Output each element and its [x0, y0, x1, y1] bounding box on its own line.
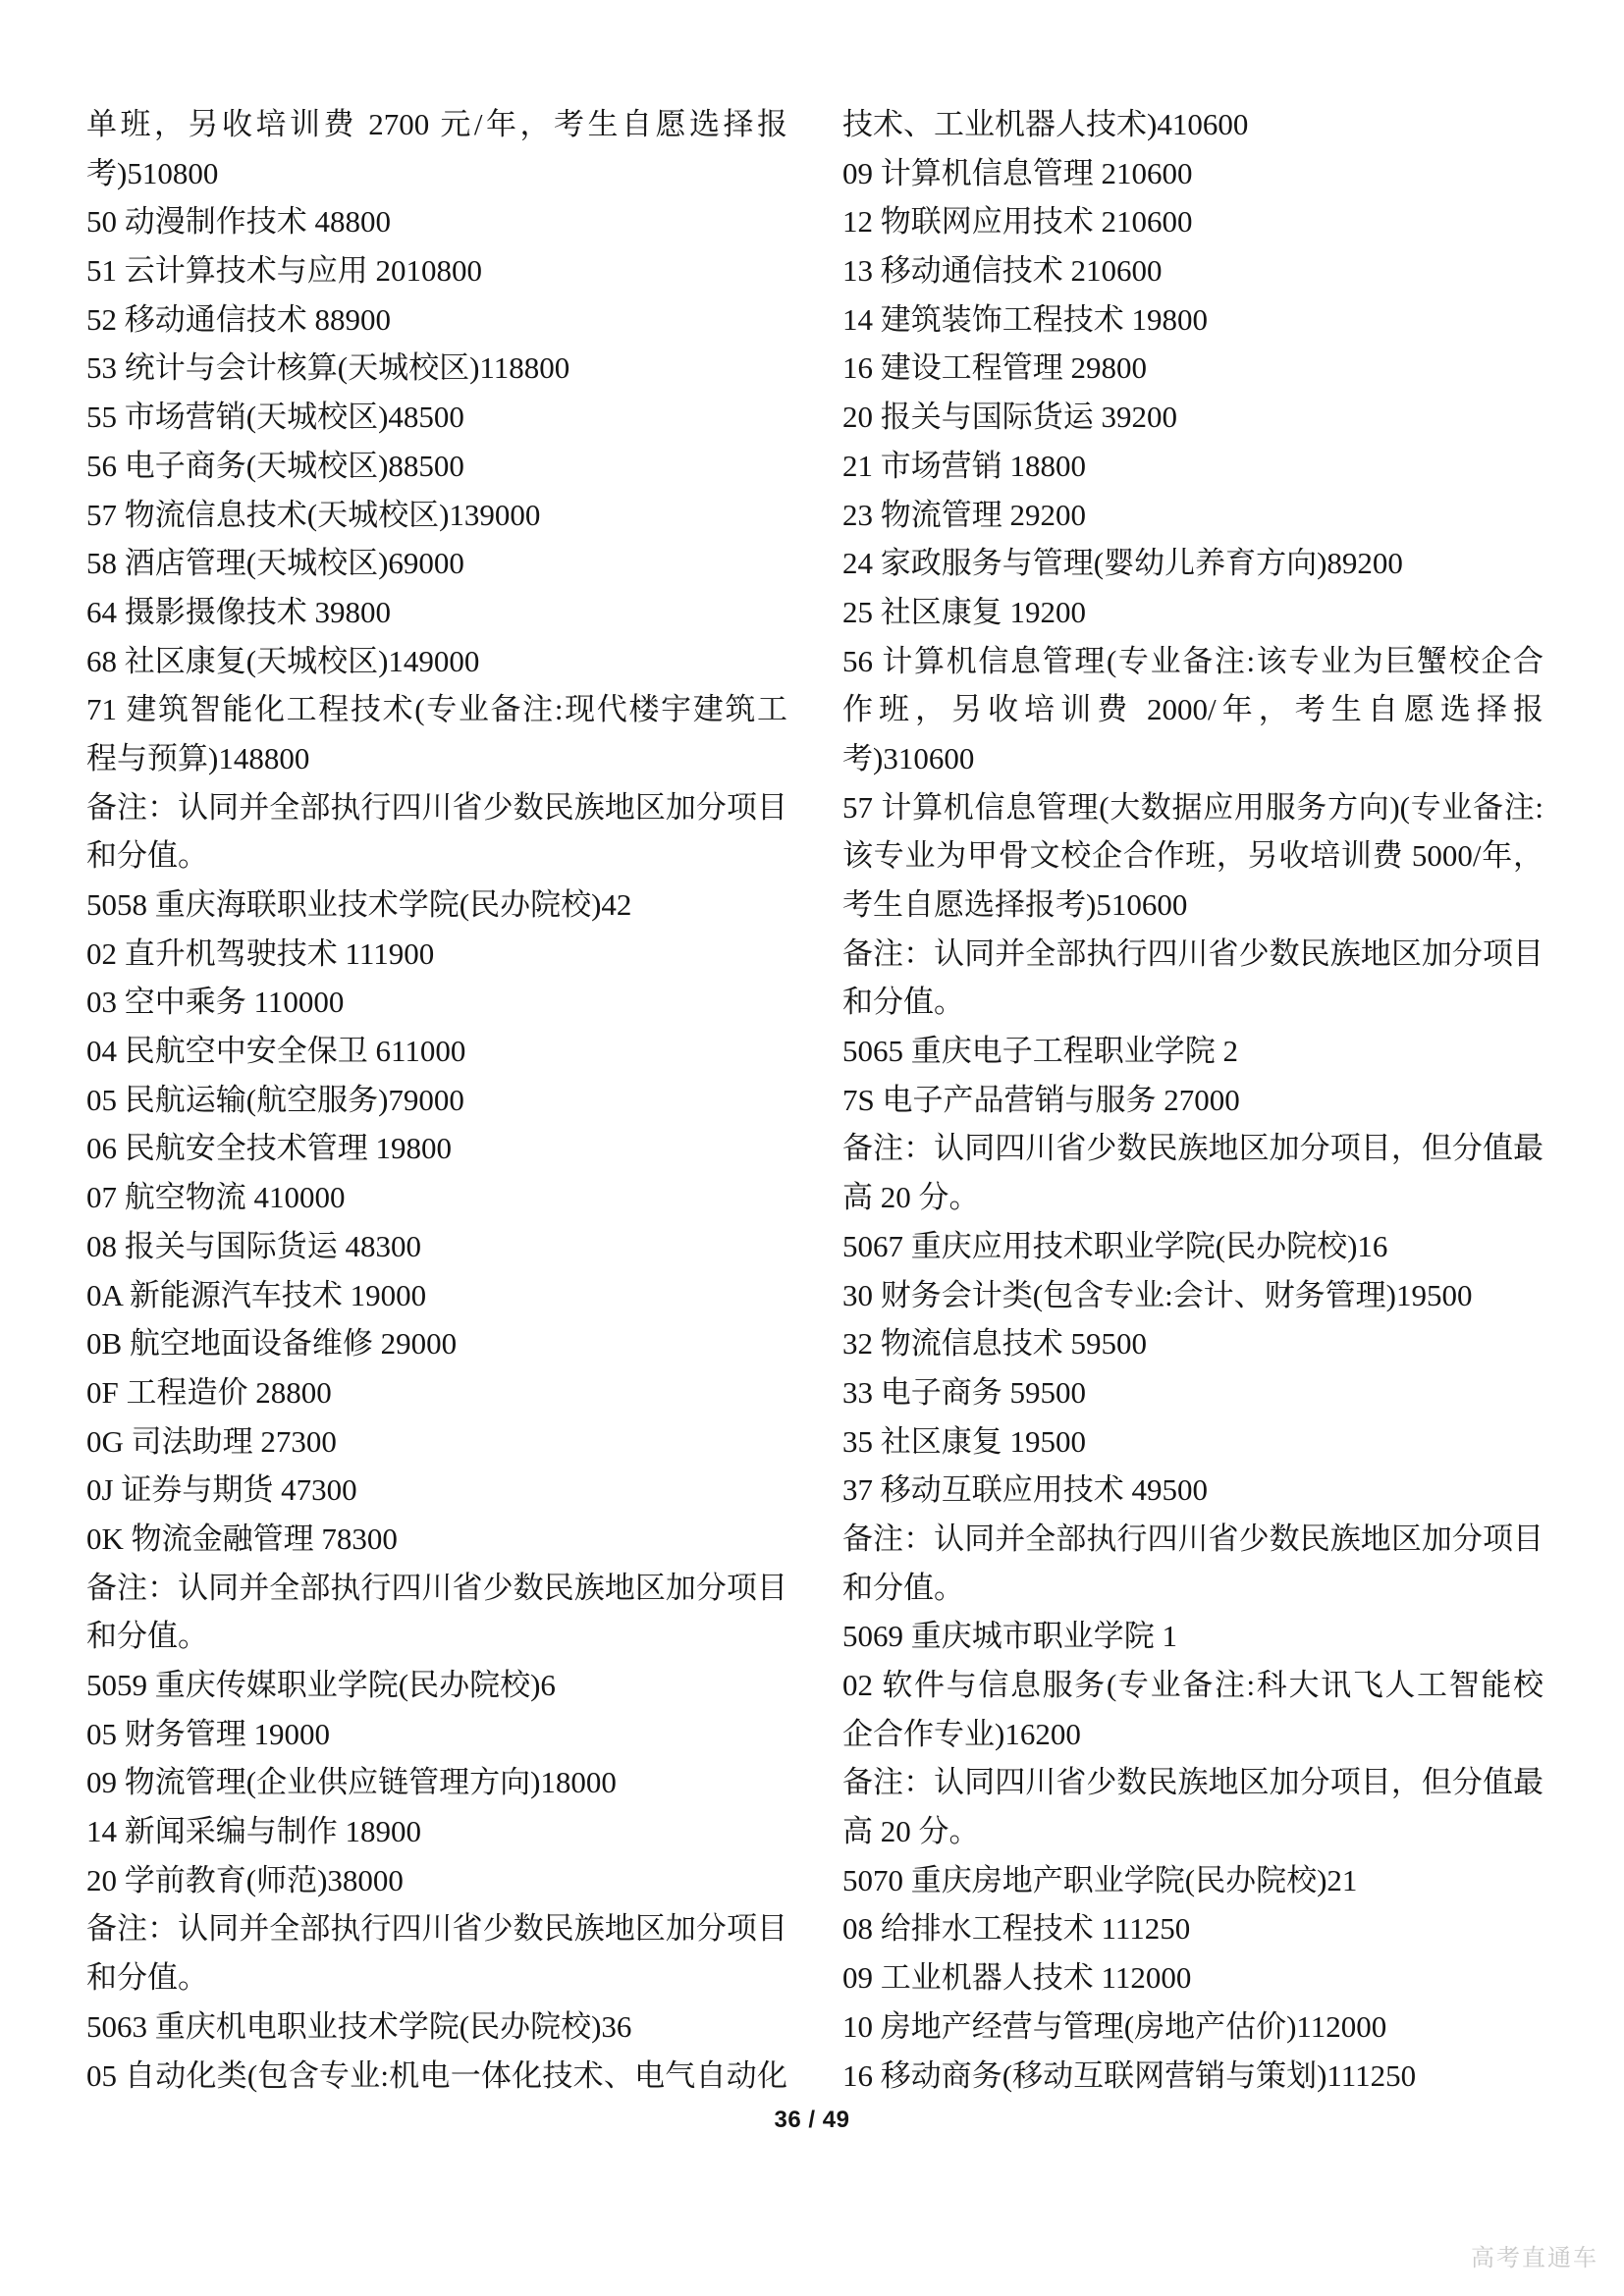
text-line: 57 物流信息技术(天城校区)139000 — [86, 491, 787, 540]
text-line: 备注：认同四川省少数民族地区加分项目，但分值最 — [842, 1124, 1543, 1173]
text-line: 高 20 分。 — [842, 1807, 1543, 1856]
text-line: 作班，另收培训费 2000/年，考生自愿选择报 — [842, 685, 1543, 734]
text-line: 50 动漫制作技术 48800 — [86, 197, 787, 246]
text-line: 5058 重庆海联职业技术学院(民办院校)42 — [86, 881, 787, 930]
text-line: 64 摄影摄像技术 39800 — [86, 588, 787, 637]
text-line: 考)510800 — [86, 149, 787, 198]
text-line: 58 酒店管理(天城校区)69000 — [86, 539, 787, 588]
text-line: 和分值。 — [86, 1953, 787, 2002]
text-line: 5063 重庆机电职业技术学院(民办院校)36 — [86, 2002, 787, 2052]
text-line: 32 物流信息技术 59500 — [842, 1319, 1543, 1368]
text-line: 14 新闻采编与制作 18900 — [86, 1807, 787, 1856]
text-line: 03 空中乘务 110000 — [86, 978, 787, 1027]
text-line: 技术、工业机器人技术)410600 — [842, 100, 1543, 149]
text-line: 0A 新能源汽车技术 19000 — [86, 1271, 787, 1320]
text-line: 23 物流管理 29200 — [842, 491, 1543, 540]
text-line: 33 电子商务 59500 — [842, 1368, 1543, 1417]
text-line: 35 社区康复 19500 — [842, 1417, 1543, 1467]
text-line: 09 物流管理(企业供应链管理方向)18000 — [86, 1758, 787, 1807]
text-line: 09 工业机器人技术 112000 — [842, 1953, 1543, 2002]
text-line: 0F 工程造价 28800 — [86, 1368, 787, 1417]
text-line: 08 报关与国际货运 48300 — [86, 1222, 787, 1271]
text-line: 0J 证券与期货 47300 — [86, 1466, 787, 1515]
text-line: 0G 司法助理 27300 — [86, 1417, 787, 1467]
text-line: 56 计算机信息管理(专业备注:该专业为巨蟹校企合 — [842, 637, 1543, 686]
text-line: 05 自动化类(包含专业:机电一体化技术、电气自动化 — [86, 2052, 787, 2101]
text-line: 25 社区康复 19200 — [842, 588, 1543, 637]
text-line: 和分值。 — [842, 1564, 1543, 1613]
text-line: 13 移动通信技术 210600 — [842, 246, 1543, 295]
text-line: 5065 重庆电子工程职业学院 2 — [842, 1027, 1543, 1076]
text-column-right: 技术、工业机器人技术)41060009 计算机信息管理 21060012 物联网… — [842, 100, 1543, 2100]
text-line: 02 软件与信息服务(专业备注:科大讯飞人工智能校 — [842, 1661, 1543, 1710]
text-line: 0K 物流金融管理 78300 — [86, 1515, 787, 1564]
text-line: 10 房地产经营与管理(房地产估价)112000 — [842, 2002, 1543, 2052]
text-line: 24 家政服务与管理(婴幼儿养育方向)89200 — [842, 539, 1543, 588]
text-line: 考)310600 — [842, 734, 1543, 783]
text-line: 53 统计与会计核算(天城校区)118800 — [86, 344, 787, 393]
text-line: 和分值。 — [86, 1612, 787, 1661]
text-line: 备注：认同并全部执行四川省少数民族地区加分项目 — [842, 1515, 1543, 1564]
document-page: 单班，另收培训费 2700 元/年，考生自愿选择报考)51080050 动漫制作… — [0, 0, 1624, 2296]
text-line: 04 民航空中安全保卫 611000 — [86, 1027, 787, 1076]
text-line: 考生自愿选择报考)510600 — [842, 881, 1543, 930]
text-line: 单班，另收培训费 2700 元/年，考生自愿选择报 — [86, 100, 787, 149]
text-line: 68 社区康复(天城校区)149000 — [86, 637, 787, 686]
text-line: 5069 重庆城市职业学院 1 — [842, 1612, 1543, 1661]
text-line: 20 报关与国际货运 39200 — [842, 393, 1543, 442]
text-line: 和分值。 — [842, 978, 1543, 1027]
text-line: 08 给排水工程技术 111250 — [842, 1904, 1543, 1953]
text-line: 16 移动商务(移动互联网营销与策划)111250 — [842, 2052, 1543, 2101]
text-line: 05 民航运输(航空服务)79000 — [86, 1076, 787, 1125]
text-line: 备注：认同四川省少数民族地区加分项目，但分值最 — [842, 1758, 1543, 1807]
text-line: 企合作专业)16200 — [842, 1710, 1543, 1759]
text-line: 5059 重庆传媒职业学院(民办院校)6 — [86, 1661, 787, 1710]
text-line: 12 物联网应用技术 210600 — [842, 197, 1543, 246]
text-line: 备注：认同并全部执行四川省少数民族地区加分项目 — [86, 1904, 787, 1953]
text-line: 71 建筑智能化工程技术(专业备注:现代楼宇建筑工 — [86, 685, 787, 734]
text-line: 56 电子商务(天城校区)88500 — [86, 442, 787, 491]
text-line: 02 直升机驾驶技术 111900 — [86, 930, 787, 979]
text-line: 55 市场营销(天城校区)48500 — [86, 393, 787, 442]
text-line: 14 建筑装饰工程技术 19800 — [842, 295, 1543, 345]
text-line: 05 财务管理 19000 — [86, 1710, 787, 1759]
text-line: 程与预算)148800 — [86, 734, 787, 783]
text-column-left: 单班，另收培训费 2700 元/年，考生自愿选择报考)51080050 动漫制作… — [86, 100, 787, 2100]
watermark-text: 高考直通车 — [1471, 2238, 1598, 2272]
text-line: 备注：认同并全部执行四川省少数民族地区加分项目 — [842, 930, 1543, 979]
text-line: 57 计算机信息管理(大数据应用服务方向)(专业备注: — [842, 783, 1543, 832]
text-line: 5070 重庆房地产职业学院(民办院校)21 — [842, 1856, 1543, 1905]
text-line: 07 航空物流 410000 — [86, 1173, 787, 1222]
text-line: 16 建设工程管理 29800 — [842, 344, 1543, 393]
text-line: 和分值。 — [86, 831, 787, 881]
text-line: 51 云计算技术与应用 2010800 — [86, 246, 787, 295]
text-line: 备注：认同并全部执行四川省少数民族地区加分项目 — [86, 783, 787, 832]
text-line: 7S 电子产品营销与服务 27000 — [842, 1076, 1543, 1125]
page-number: 36 / 49 — [0, 2107, 1624, 2134]
text-line: 5067 重庆应用技术职业学院(民办院校)16 — [842, 1222, 1543, 1271]
text-line: 52 移动通信技术 88900 — [86, 295, 787, 345]
text-line: 09 计算机信息管理 210600 — [842, 149, 1543, 198]
text-line: 高 20 分。 — [842, 1173, 1543, 1222]
text-line: 30 财务会计类(包含专业:会计、财务管理)19500 — [842, 1271, 1543, 1320]
text-line: 21 市场营销 18800 — [842, 442, 1543, 491]
text-line: 06 民航安全技术管理 19800 — [86, 1124, 787, 1173]
text-line: 20 学前教育(师范)38000 — [86, 1856, 787, 1905]
text-line: 该专业为甲骨文校企合作班，另收培训费 5000/年， — [842, 831, 1543, 881]
text-line: 备注：认同并全部执行四川省少数民族地区加分项目 — [86, 1564, 787, 1613]
text-line: 37 移动互联应用技术 49500 — [842, 1466, 1543, 1515]
text-line: 0B 航空地面设备维修 29000 — [86, 1319, 787, 1368]
